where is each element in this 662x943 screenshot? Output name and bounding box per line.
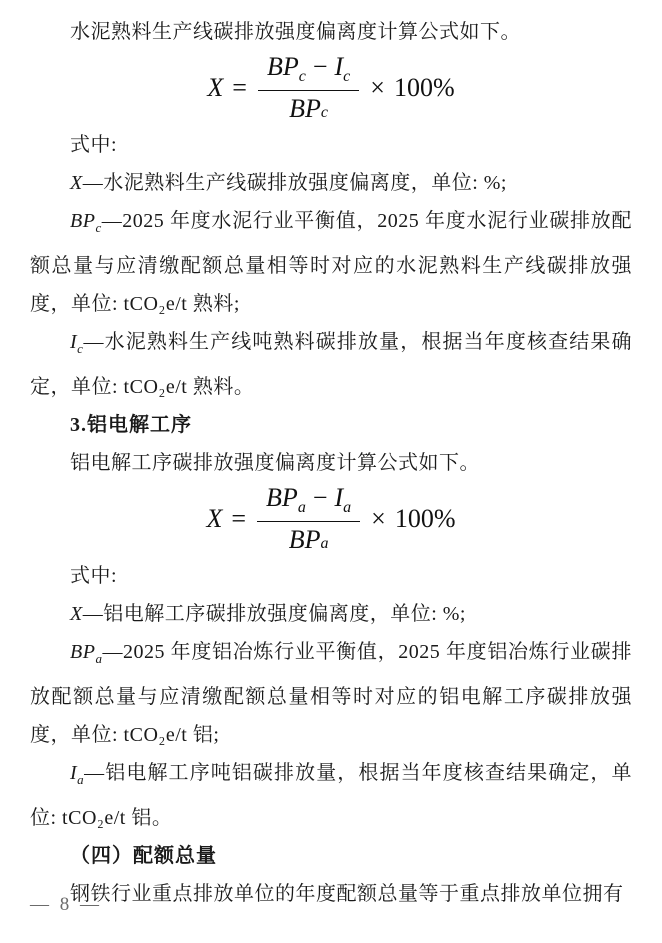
fraction: BPc − Ic BPc (258, 54, 359, 122)
multiplication-sign: × (370, 75, 385, 101)
equals-sign: = (231, 506, 246, 532)
cement-where-label: 式中: (30, 126, 632, 164)
cement-definition-bp: BPc—2025 年度水泥行业平衡值，2025 年度水泥行业碳排放配额总量与应清… (30, 202, 632, 323)
numerator-term1: BPc (267, 54, 306, 85)
variable-bp: BP (266, 483, 298, 512)
definition-text: —水泥熟料生产线吨熟料碳排放量，根据当年度核查结果确定，单位: tCO₂e/t … (30, 331, 632, 398)
variable-bp: BP (289, 96, 321, 122)
formula-factor: 100% (394, 75, 455, 101)
aluminum-definition-x: X—铝电解工序碳排放强度偏离度，单位: %; (30, 595, 632, 633)
fraction-denominator: BPa (289, 522, 329, 553)
variable-i: I (334, 52, 343, 81)
aluminum-formula: X = BPa − Ia BPa × 100% (30, 491, 632, 547)
cement-formula: X = BPc − Ic BPc × 100% (30, 60, 632, 116)
variable-subscript: c (299, 68, 306, 85)
numerator-term2: Ic (334, 54, 350, 85)
variable-subscript: a (320, 536, 328, 552)
formula-lhs-variable: X (207, 75, 223, 101)
fraction-denominator: BPc (289, 91, 328, 122)
aluminum-definition-bp: BPa—2025 年度铝冶炼行业平衡值，2025 年度铝冶炼行业碳排放配额总量与… (30, 633, 632, 754)
aluminum-intro-paragraph: 铝电解工序碳排放强度偏离度计算公式如下。 (30, 444, 632, 482)
fraction-numerator: BPa − Ia (257, 485, 360, 522)
document-page: 水泥熟料生产线碳排放强度偏离度计算公式如下。 X = BPc − Ic BPc … (0, 0, 662, 913)
variable-x: X (70, 603, 83, 625)
aluminum-definition-i: Ia—铝电解工序吨铝碳排放量，根据当年度核查结果确定，单位: tCO₂e/t 铝… (30, 754, 632, 837)
definition-text: —2025 年度水泥行业平衡值，2025 年度水泥行业碳排放配额总量与应清缴配额… (30, 210, 632, 315)
numerator-term2: Ia (334, 485, 351, 516)
variable-subscript: a (298, 499, 306, 516)
aluminum-where-label: 式中: (30, 557, 632, 595)
formula-lhs-variable: X (206, 506, 222, 532)
page-number: — 8 — (30, 894, 102, 916)
variable-bp: BP (70, 641, 95, 663)
variable-x: X (70, 172, 83, 194)
variable-bp: BP (267, 52, 299, 81)
cement-definition-i: Ic—水泥熟料生产线吨熟料碳排放量，根据当年度核查结果确定，单位: tCO₂e/… (30, 323, 632, 406)
multiplication-sign: × (371, 506, 386, 532)
minus-sign: − (313, 485, 328, 511)
definition-text: —2025 年度铝冶炼行业平衡值，2025 年度铝冶炼行业碳排放配额总量与应清缴… (30, 641, 632, 746)
variable-bp: BP (289, 527, 321, 553)
equals-sign: = (232, 75, 247, 101)
variable-subscript: c (343, 68, 350, 85)
formula-factor: 100% (395, 506, 456, 532)
minus-sign: − (313, 54, 328, 80)
variable-i: I (334, 483, 343, 512)
variable-bp: BP (70, 210, 95, 232)
definition-text: —铝电解工序吨铝碳排放量，根据当年度核查结果确定，单位: tCO₂e/t 铝。 (30, 762, 632, 829)
cement-intro-paragraph: 水泥熟料生产线碳排放强度偏离度计算公式如下。 (30, 13, 632, 51)
quota-section-heading: （四）配额总量 (30, 837, 632, 875)
numerator-term1: BPa (266, 485, 306, 516)
fraction-numerator: BPc − Ic (258, 54, 359, 91)
fraction: BPa − Ia BPa (257, 485, 360, 553)
definition-text: —水泥熟料生产线碳排放强度偏离度，单位: %; (83, 172, 507, 194)
variable-subscript: c (321, 105, 328, 121)
cement-definition-x: X—水泥熟料生产线碳排放强度偏离度，单位: %; (30, 164, 632, 202)
definition-text: —铝电解工序碳排放强度偏离度，单位: %; (83, 603, 466, 625)
quota-paragraph: 钢铁行业重点排放单位的年度配额总量等于重点排放单位拥有 (30, 875, 632, 913)
aluminum-section-heading: 3.铝电解工序 (30, 406, 632, 444)
variable-subscript: a (343, 499, 351, 516)
